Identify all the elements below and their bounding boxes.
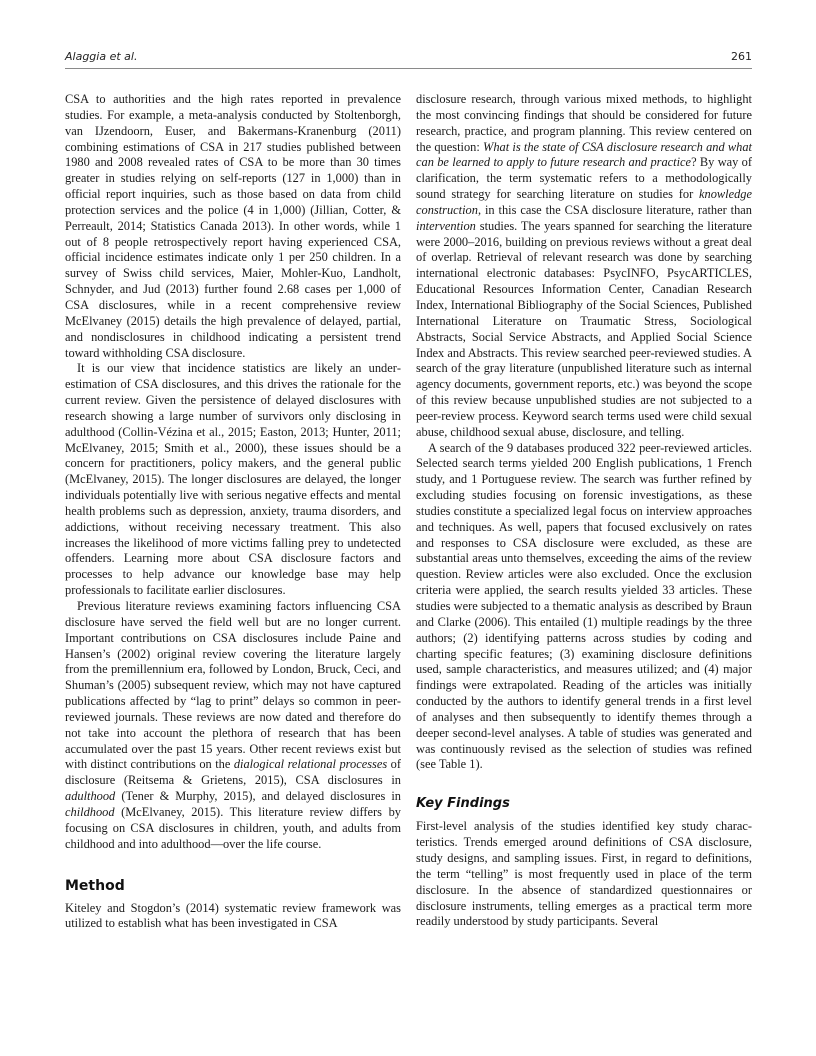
paragraph-search-results: A search of the 9 databases produced 322… — [416, 441, 752, 774]
journal-page: Alaggia et al. 261 CSA to authorities an… — [0, 0, 816, 1056]
paragraph-prevalence: CSA to authorities and the high rates re… — [65, 92, 401, 361]
paragraph-rationale: It is our view that incidence statistics… — [65, 361, 401, 599]
italic-term: dialogical relational processes — [234, 757, 387, 771]
paragraph-method-continued: disclosure research, through various mix… — [416, 92, 752, 441]
paragraph-method: Kiteley and Stogdon’s (2014) systematic … — [65, 901, 401, 933]
text-span: , in this case the CSA disclosure litera… — [478, 203, 752, 217]
running-head-authors: Alaggia et al. — [65, 50, 137, 63]
section-heading-method: Method — [65, 877, 401, 895]
running-head: Alaggia et al. 261 — [65, 48, 752, 69]
italic-term: adulthood — [65, 789, 115, 803]
text-span: studies. The years spanned for searching… — [416, 219, 752, 439]
section-heading-key-findings: Key Findings — [416, 795, 752, 813]
text-span: (Tener & Murphy, 2015), and delayed disc… — [115, 789, 401, 803]
paragraph-key-findings: First-level analysis of the studies iden… — [416, 819, 752, 930]
italic-term: childhood — [65, 805, 115, 819]
left-column: CSA to authorities and the high rates re… — [65, 92, 401, 932]
right-column: disclosure research, through various mix… — [416, 92, 752, 930]
text-span: (McEl­vaney, 2015). This literature revi… — [65, 805, 401, 851]
italic-term: intervention — [416, 219, 476, 233]
paragraph-previous-reviews: Previous literature reviews examining fa… — [65, 599, 401, 853]
text-span: Previous literature reviews examining fa… — [65, 599, 401, 771]
page-number: 261 — [731, 50, 752, 63]
